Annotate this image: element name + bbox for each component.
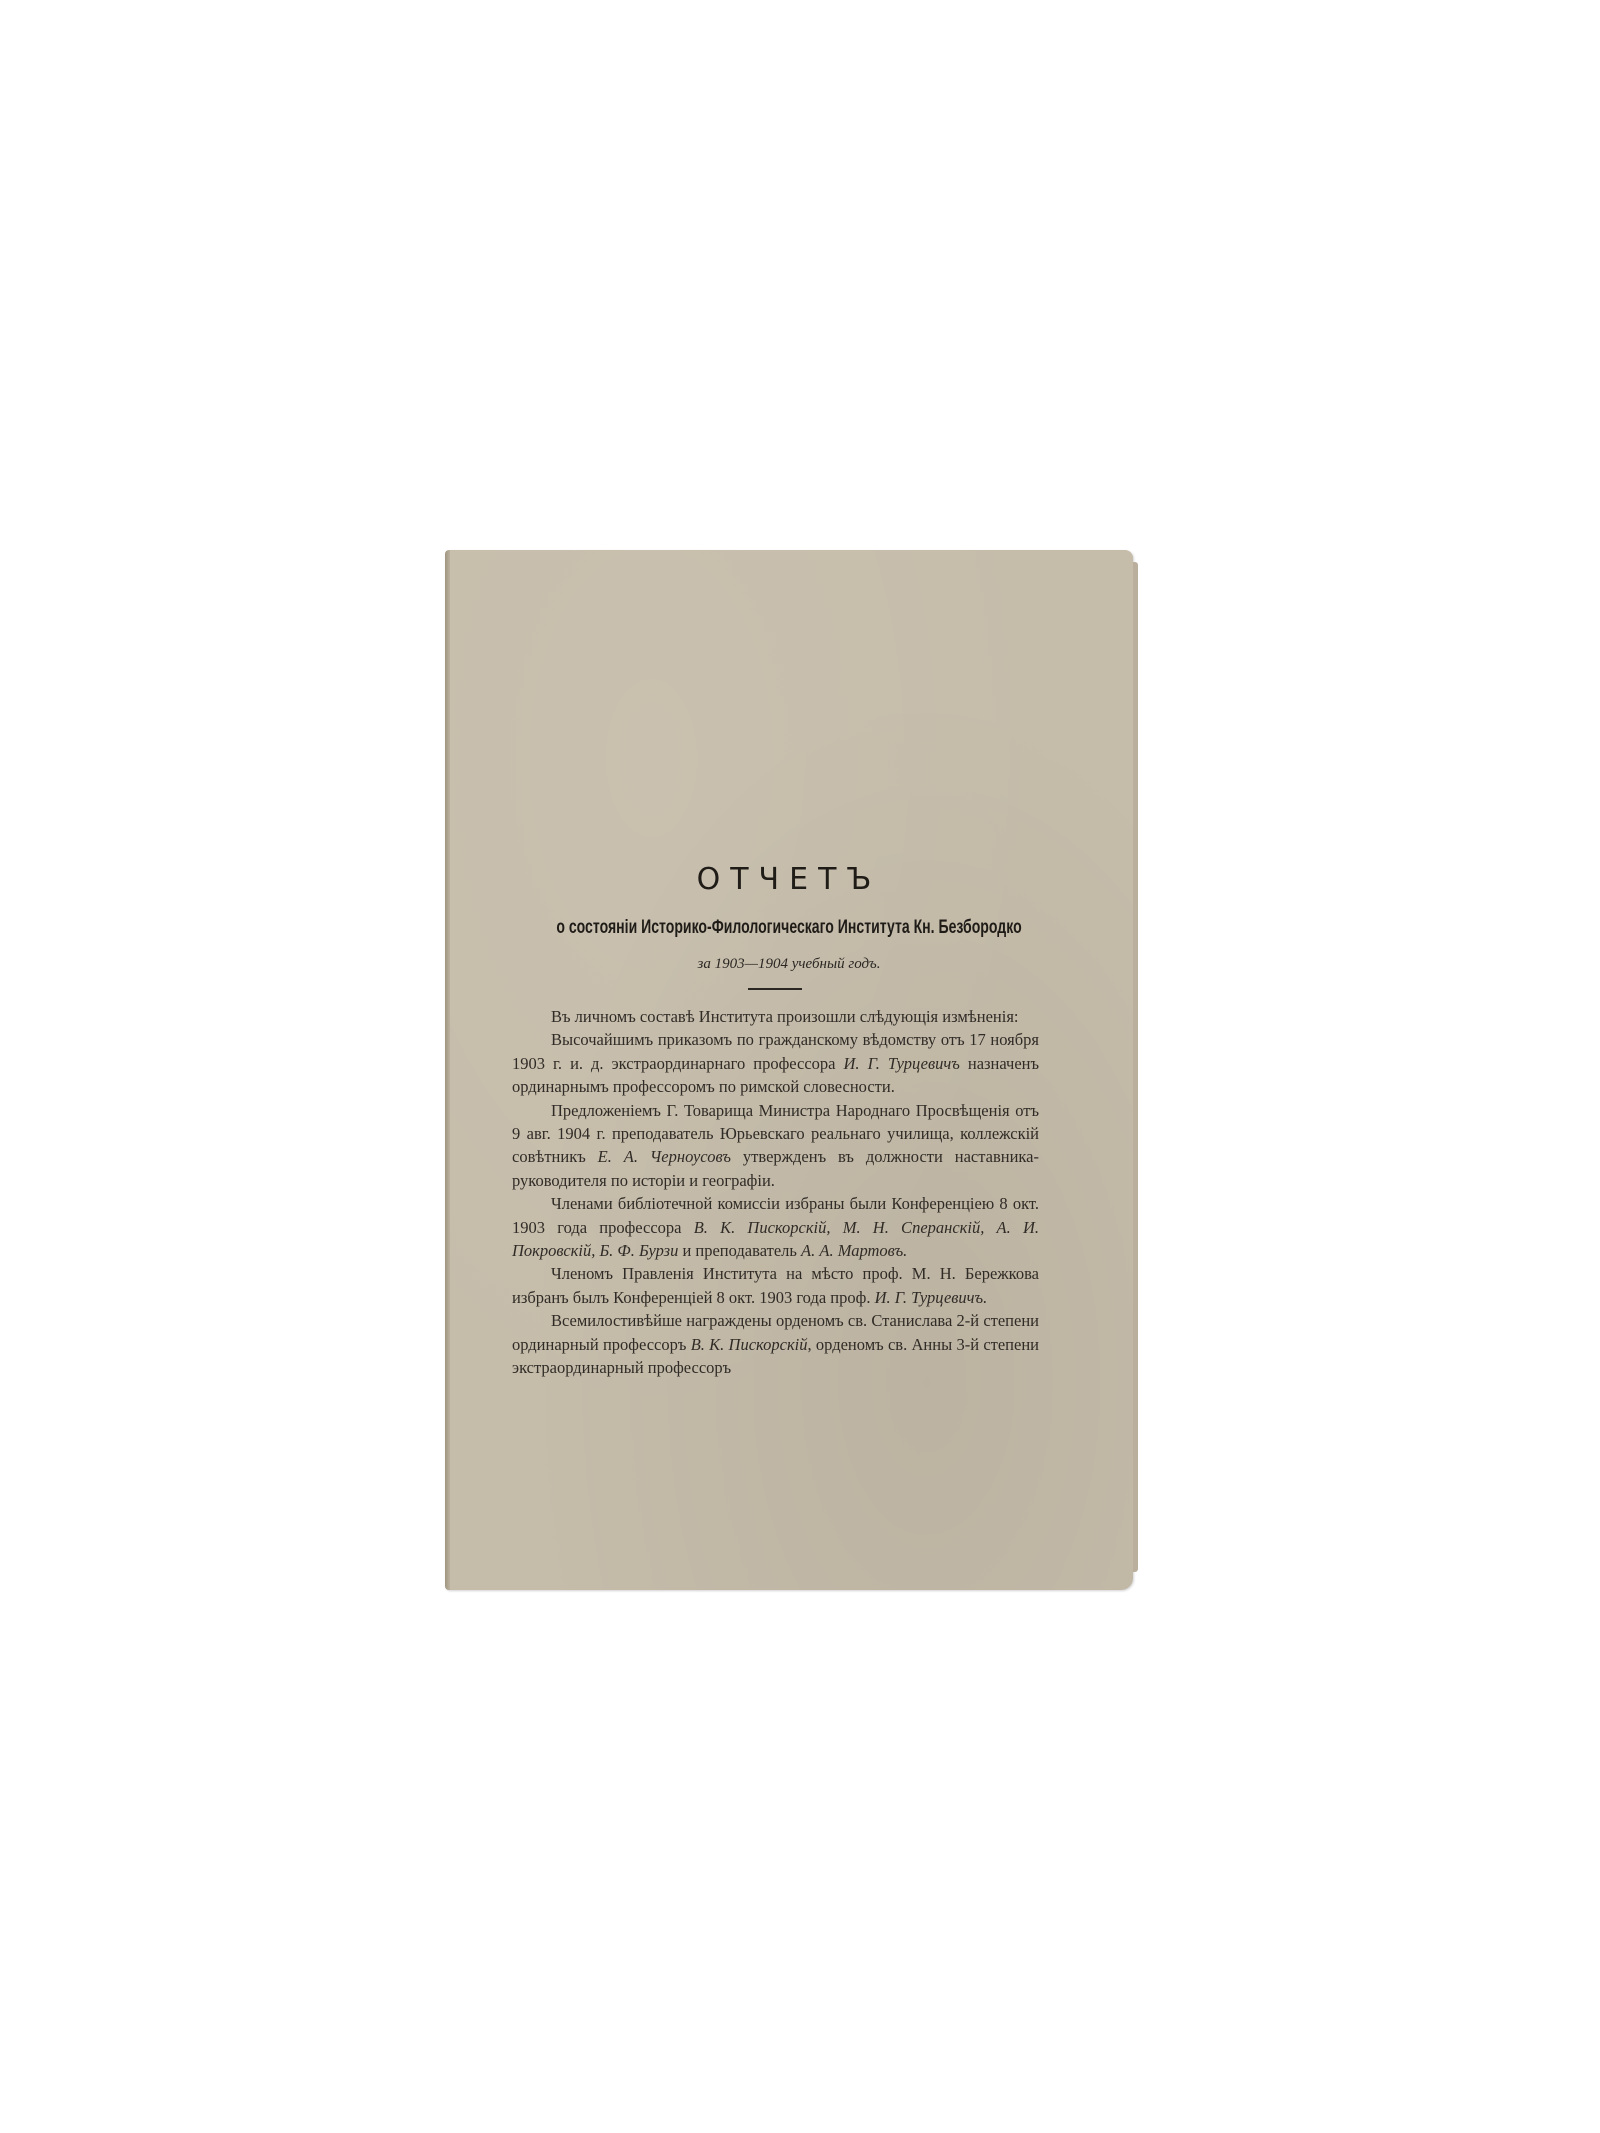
body-paragraph: Высочайшимъ приказомъ по гражданскому вѣ…	[512, 1028, 1039, 1098]
paragraph-text: и преподаватель	[678, 1241, 801, 1260]
body-paragraph: Въ личномъ составѣ Института произошли с…	[512, 1005, 1039, 1028]
person-name: Е. А. Черноусовъ	[598, 1147, 731, 1166]
page-content: ОТЧЕТЪ о состояніи Историко-Филологическ…	[445, 550, 1133, 1590]
body-paragraph: Членомъ Правленія Института на мѣсто про…	[512, 1262, 1039, 1309]
document-year-line: за 1903—1904 учебный годъ.	[445, 956, 1133, 973]
document-subtitle: о состояніи Историко-Филологическаго Инс…	[534, 917, 1043, 939]
body-paragraph: Предложеніемъ Г. Товарища Министра Народ…	[512, 1099, 1039, 1193]
person-name: И. Г. Турцевичъ	[844, 1054, 960, 1073]
paragraph-text: Въ личномъ составѣ Института произошли с…	[551, 1007, 1019, 1026]
body-paragraph: Членами библіотечной комиссіи избраны бы…	[512, 1192, 1039, 1262]
document-body: Въ личномъ составѣ Института произошли с…	[512, 1005, 1039, 1380]
title-divider	[748, 988, 802, 990]
body-paragraph: Всемилостивѣйше награждены орденомъ св. …	[512, 1309, 1039, 1379]
person-name: В. К. Пискорскій	[691, 1335, 808, 1354]
person-name: А. А. Мартовъ.	[801, 1241, 907, 1260]
document-page: ОТЧЕТЪ о состояніи Историко-Филологическ…	[445, 550, 1133, 1590]
page-stack-edge	[1133, 562, 1138, 1572]
person-name: И. Г. Турцевичъ.	[875, 1288, 988, 1307]
document-title: ОТЧЕТЪ	[445, 862, 1133, 897]
